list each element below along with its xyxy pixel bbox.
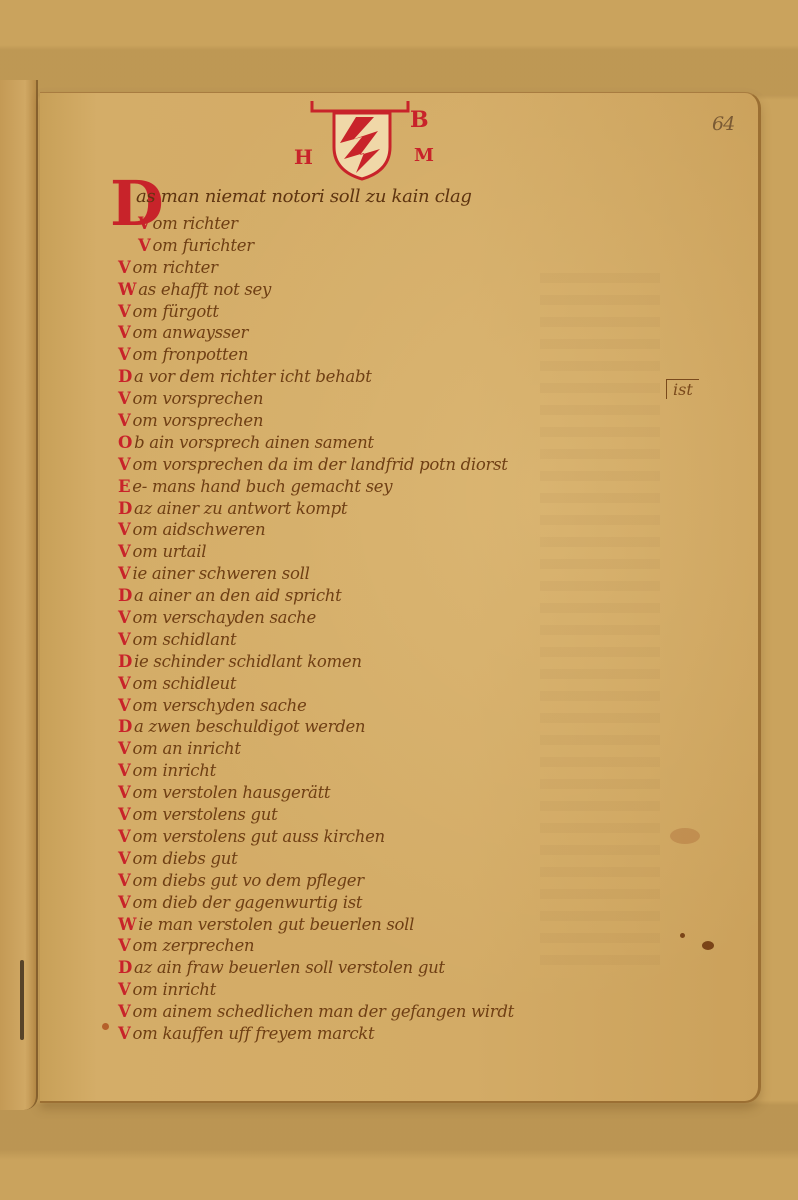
line-text: om diebs gut (133, 849, 238, 868)
rubricated-initial: V (118, 323, 131, 342)
heraldry-initial-h: H (294, 145, 313, 169)
rubricated-initial: D (118, 717, 132, 736)
toc-line: Vom furichter (138, 235, 678, 257)
rubricated-initial: V (118, 783, 131, 802)
toc-line: Vom aidschweren (118, 519, 678, 541)
folio-number: 64 (712, 113, 734, 135)
rubricated-initial: V (118, 1002, 131, 1021)
line-text: om diebs gut vo dem pfleger (133, 871, 364, 890)
rubricated-initial: V (118, 980, 131, 999)
rubricated-initial: W (118, 915, 136, 934)
line-text: om furichter (153, 236, 254, 255)
toc-line: Daz ain fraw beuerlen soll verstolen gut (118, 957, 678, 979)
line-text: om an inricht (133, 739, 241, 758)
line-text: om dieb der gagenwurtig ist (133, 893, 363, 912)
line-text: om verschayden sache (133, 608, 316, 627)
rubricated-initial: V (118, 1024, 131, 1043)
rubricated-initial: D (118, 499, 132, 518)
gutter-stain (20, 960, 24, 1040)
rubricated-initial: V (118, 827, 131, 846)
toc-line: Vom inricht (118, 760, 678, 782)
toc-line: Vom schidleut (118, 673, 678, 695)
line-text: om schidleut (133, 674, 237, 693)
line-text: ie man verstolen gut beuerlen soll (138, 915, 414, 934)
line-text: om verstolen hausgerätt (133, 783, 331, 802)
rubricated-initial: D (118, 958, 132, 977)
rubricated-initial: V (118, 674, 131, 693)
previous-page-edge (0, 80, 38, 1110)
rubricated-initial: V (118, 805, 131, 824)
rubricated-initial: V (118, 564, 131, 583)
line-text: om inricht (133, 761, 216, 780)
toc-line: Wie man verstolen gut beuerlen soll (118, 914, 678, 936)
toc-line: Vom diebs gut (118, 848, 678, 870)
toc-line: Vom dieb der gagenwurtig ist (118, 892, 678, 914)
line-text: om schidlant (133, 630, 237, 649)
toc-line: Vom schidlant (118, 629, 678, 651)
line-text: a vor dem richter icht behabt (134, 367, 372, 386)
toc-line: Vom verschayden sache (118, 607, 678, 629)
toc-line: Vom anwaysser (118, 322, 678, 344)
toc-line: Vom an inricht (118, 738, 678, 760)
ink-stain (702, 941, 714, 950)
line-text: a zwen beschuldigot werden (134, 717, 365, 736)
rubricated-initial: V (118, 345, 131, 364)
rubricated-initial: V (118, 542, 131, 561)
toc-line: Vom inricht (118, 979, 678, 1001)
rubricated-initial: D (118, 586, 132, 605)
rubricated-initial: D (118, 367, 132, 386)
rubricated-initial: V (118, 761, 131, 780)
toc-line: Vom ainem schedlichen man der gefangen w… (118, 1001, 678, 1023)
coat-of-arms: H B M (290, 95, 450, 181)
line-text: om urtail (133, 542, 207, 561)
toc-line: Da zwen beschuldigot werden (118, 716, 678, 738)
manuscript-page: 64 H B M D as man niemat notori soll zu … (40, 92, 761, 1103)
toc-line: Vom diebs gut vo dem pfleger (118, 870, 678, 892)
toc-line: Vom urtail (118, 541, 678, 563)
line-text: om verschyden sache (133, 696, 307, 715)
ink-stain (680, 933, 685, 938)
line-text: om vorsprechen (133, 389, 264, 408)
toc-line: Ee- mans hand buch gemacht sey (118, 476, 678, 498)
toc-line: Vom richter (138, 213, 678, 235)
line-text: om verstolens gut (133, 805, 278, 824)
line-text: om fürgott (133, 302, 219, 321)
toc-line: Die schinder schidlant komen (118, 651, 678, 673)
line-text: om aidschweren (133, 520, 266, 539)
line-text: om richter (153, 214, 238, 233)
toc-line: Daz ainer zu antwort kompt (118, 498, 678, 520)
rubricated-initial: V (118, 739, 131, 758)
line-text: e- mans hand buch gemacht sey (132, 477, 392, 496)
line-text: ie schinder schidlant komen (134, 652, 362, 671)
line-text: ie ainer schweren soll (133, 564, 310, 583)
rubricated-initial: V (118, 696, 131, 715)
rubricated-initial: V (118, 258, 131, 277)
rubricated-initial: V (138, 236, 151, 255)
rubricated-initial: V (118, 389, 131, 408)
rubricated-initial: V (118, 608, 131, 627)
toc-line: Vom vorsprechen (118, 410, 678, 432)
rubricated-initial: V (118, 849, 131, 868)
line-text: om vorsprechen (133, 411, 264, 430)
line-text: om fronpotten (133, 345, 249, 364)
table-of-contents: D as man niemat notori soll zu kain clag… (118, 181, 678, 1045)
toc-line: Was ehafft not sey (118, 279, 678, 301)
toc-line: Da vor dem richter icht behabt (118, 366, 678, 388)
rubricated-initial: E (118, 477, 130, 496)
rubricated-initial: V (118, 893, 131, 912)
toc-line: Vie ainer schweren soll (118, 563, 678, 585)
line-text: om richter (133, 258, 218, 277)
rubricated-initial: W (118, 280, 136, 299)
toc-line: Vom zerprechen (118, 935, 678, 957)
foxing-spot (670, 828, 700, 844)
line-text: om zerprechen (133, 936, 255, 955)
toc-line: Vom vorsprechen da im der landfrid potn … (118, 454, 678, 476)
toc-line: Vom kauffen uff freyem marckt (118, 1023, 678, 1045)
rubricated-initial: V (118, 520, 131, 539)
line-text: om vorsprechen da im der landfrid potn d… (133, 455, 508, 474)
toc-line: Vom vorsprechen (118, 388, 678, 410)
line-text: om kauffen uff freyem marckt (133, 1024, 375, 1043)
ink-stain (102, 1023, 109, 1030)
toc-line: Vom fronpotten (118, 344, 678, 366)
line-text: a ainer an den aid spricht (134, 586, 341, 605)
line-text: as ehafft not sey (138, 280, 271, 299)
toc-line: Vom fürgott (118, 301, 678, 323)
line-text: az ainer zu antwort kompt (134, 499, 347, 518)
toc-line: Vom verstolens gut (118, 804, 678, 826)
heraldry-initial-m: M (414, 145, 434, 166)
toc-line: Vom verstolen hausgerätt (118, 782, 678, 804)
rubricated-initial: V (118, 630, 131, 649)
heading-line: as man niemat notori soll zu kain clag (136, 181, 678, 213)
toc-line: Vom verstolens gut auss kirchen (118, 826, 678, 848)
line-text: om inricht (133, 980, 216, 999)
toc-line: Vom verschyden sache (118, 695, 678, 717)
heraldry-initial-b: B (410, 107, 429, 133)
rubricated-initial: V (118, 302, 131, 321)
line-text: om anwaysser (133, 323, 249, 342)
rubricated-initial: V (118, 871, 131, 890)
toc-line: Da ainer an den aid spricht (118, 585, 678, 607)
rubricated-initial: O (118, 433, 132, 452)
line-text: b ain vorsprech ainen sament (134, 433, 374, 452)
rubricated-initial: V (138, 214, 151, 233)
line-text: om verstolens gut auss kirchen (133, 827, 385, 846)
rubricated-initial: V (118, 455, 131, 474)
line-text: az ain fraw beuerlen soll verstolen gut (134, 958, 445, 977)
rubricated-initial: V (118, 411, 131, 430)
toc-line: Ob ain vorsprech ainen sament (118, 432, 678, 454)
rubricated-initial: D (118, 652, 132, 671)
toc-line: Vom richter (118, 257, 678, 279)
line-text: om ainem schedlichen man der gefangen wi… (133, 1002, 514, 1021)
rubricated-initial: V (118, 936, 131, 955)
